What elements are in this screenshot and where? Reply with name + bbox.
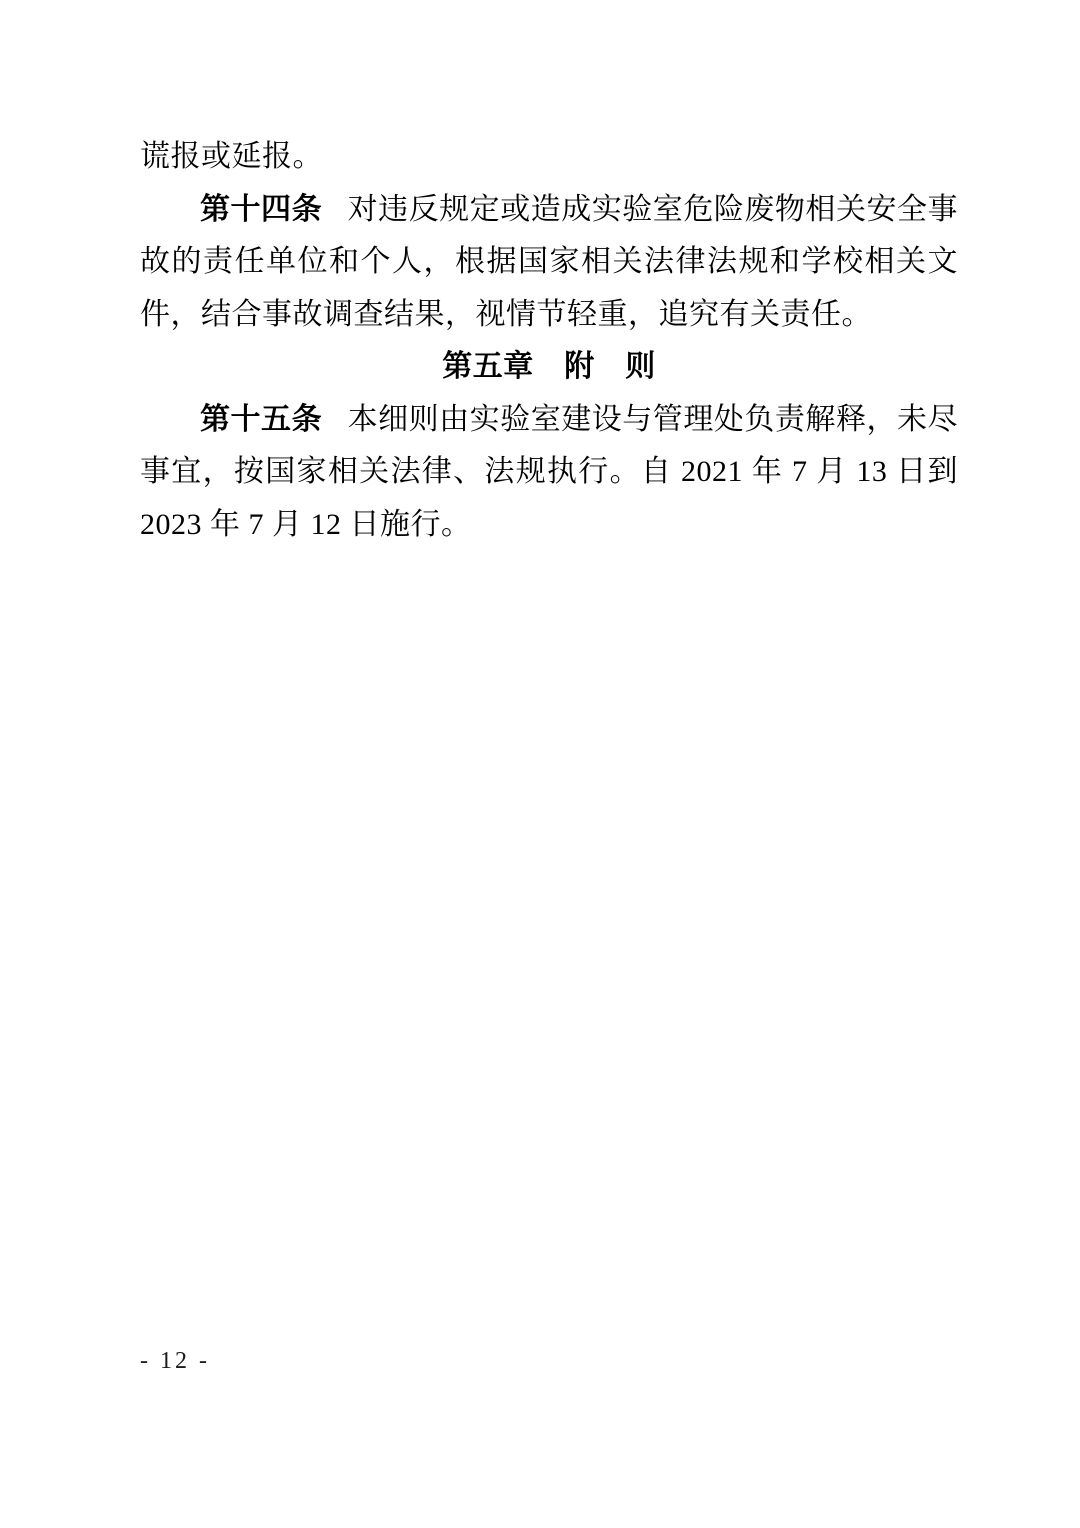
- paragraph-continuation: 谎报或延报。: [140, 131, 958, 184]
- article-15-label: 第十五条: [200, 403, 322, 436]
- document-body: 谎报或延报。 第十四条对违反规定或造成实验室危险废物相关安全事故的责任单位和个人…: [140, 131, 958, 551]
- document-page: 谎报或延报。 第十四条对违反规定或造成实验室危险废物相关安全事故的责任单位和个人…: [0, 0, 1080, 1528]
- paragraph-continuation-text: 谎报或延报。: [140, 140, 323, 173]
- paragraph-article-14: 第十四条对违反规定或造成实验室危险废物相关安全事故的责任单位和个人，根据国家相关…: [140, 184, 958, 342]
- page-number: - 12 -: [140, 1346, 210, 1376]
- chapter-5-heading: 第五章 附 则: [140, 341, 958, 394]
- paragraph-article-15: 第十五条本细则由实验室建设与管理处负责解释，未尽事宜，按国家相关法律、法规执行。…: [140, 394, 958, 552]
- article-14-label: 第十四条: [200, 193, 322, 226]
